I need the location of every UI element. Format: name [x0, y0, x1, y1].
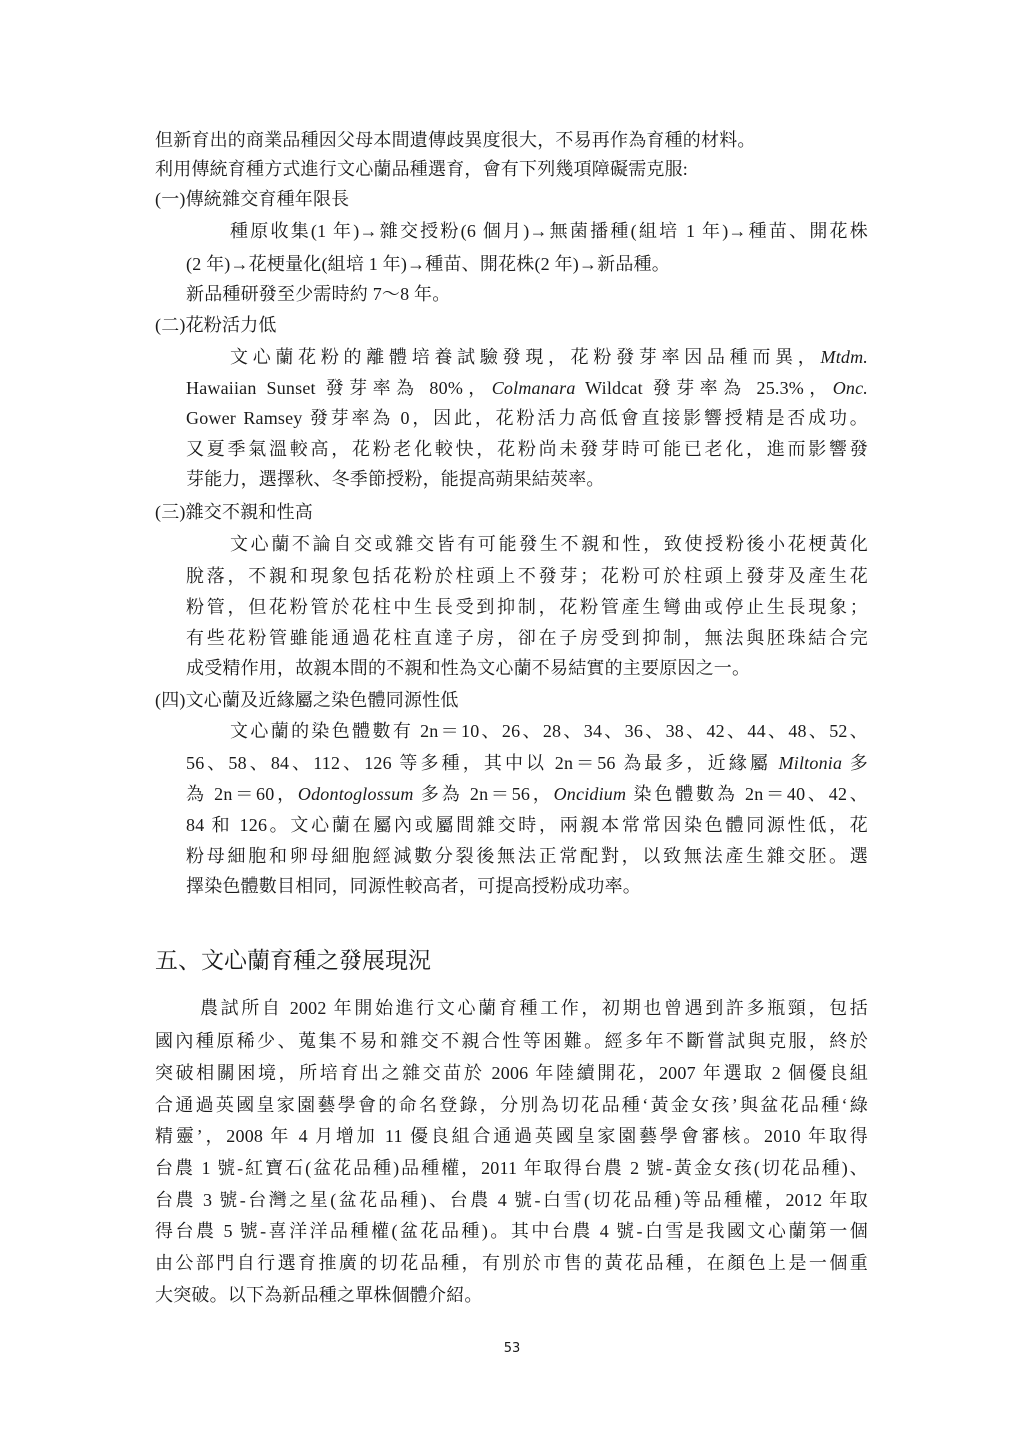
paragraph-line: 成受精作用，故親本間的不親和性為文心蘭不易結實的主要原因之一。	[186, 656, 750, 680]
paragraph-line: 得台農 5 號-喜洋洋品種權(盆花品種)。其中台農 4 號-白雪是我國文心蘭第一…	[155, 1219, 868, 1243]
paragraph-line: 84 和 126。文心蘭在屬內或屬間雜交時，兩親本常常因染色體同源性低，花	[186, 813, 868, 837]
paragraph-line: (2 年)→花梗量化(組培 1 年)→種苗、開花株(2 年)→新品種。	[186, 252, 670, 276]
page-number: 53	[0, 1341, 1024, 1356]
paragraph-line: 農試所自 2002 年開始進行文心蘭育種工作，初期也曾遇到許多瓶頸，包括	[200, 996, 868, 1020]
paragraph-line: 新品種研發至少需時約 7～8 年。	[186, 282, 450, 306]
genus-name: Oncidium	[554, 784, 627, 804]
paragraph-line: 粉管，但花粉管於花柱中生長受到抑制，花粉管產生彎曲或停止生長現象；	[186, 595, 868, 619]
species-name: Onc.	[833, 378, 868, 398]
section-title: (三)雜交不親和性高	[155, 500, 313, 524]
paragraph-line: 突破相關困境，所培育出之雜交苗於 2006 年陸續開花，2007 年選取 2 個…	[155, 1061, 868, 1085]
paragraph-line: 芽能力，選擇秋、冬季節授粉，能提高蒴果結莢率。	[186, 467, 605, 491]
genus-name: Miltonia	[779, 753, 843, 773]
paragraph-line: 台農 1 號-紅寶石(盆花品種)品種權，2011 年取得台農 2 號-黃金女孩(…	[155, 1156, 868, 1180]
paragraph-line: 大突破。以下為新品種之單株個體介紹。	[155, 1283, 483, 1307]
paragraph-line: 由公部門自行選育推廣的切花品種，有別於市售的黃花品種，在顏色上是一個重	[155, 1251, 868, 1275]
document-page: 但新育出的商業品種因父母本間遺傳歧異度很大，不易再作為育種的材料。 利用傳統育種…	[0, 0, 1024, 1448]
paragraph-line: Hawaiian Sunset 發芽率為 80%，Colmanara Wildc…	[186, 376, 868, 400]
paragraph-line: 文心蘭花粉的離體培養試驗發現，花粉發芽率因品種而異，Mtdm.	[230, 345, 868, 369]
paragraph-line: 合通過英國皇家園藝學會的命名登錄，分別為切花品種‘黃金女孩’與盆花品種‘綠	[155, 1093, 868, 1117]
paragraph-line: 種原收集(1 年)→雜交授粉(6 個月)→無菌播種(組培 1 年)→種苗、開花株	[230, 219, 868, 243]
section-title: (二)花粉活力低	[155, 313, 277, 337]
section-title: (一)傳統雜交育種年限長	[155, 187, 349, 211]
paragraph-line: 為 2n＝60，Odontoglossum 多為 2n＝56，Oncidium …	[186, 782, 868, 806]
paragraph-line: 精靈’，2008 年 4 月增加 11 優良組合通過英國皇家園藝學會審核。201…	[155, 1124, 868, 1148]
paragraph-line: 粉母細胞和卵母細胞經減數分裂後無法正常配對，以致無法產生雜交胚。選	[186, 844, 868, 868]
paragraph-line: 擇染色體數目相同，同源性較高者，可提高授粉成功率。	[186, 874, 641, 898]
genus-name: Odontoglossum	[298, 784, 414, 804]
section-heading: 五、文心蘭育種之發展現況	[155, 947, 431, 975]
intro-line: 利用傳統育種方式進行文心蘭品種選育，會有下列幾項障礙需克服:	[155, 157, 688, 181]
paragraph-line: 有些花粉管雖能通過花柱直達子房，卻在子房受到抑制，無法與胚珠結合完	[186, 626, 868, 650]
intro-line: 但新育出的商業品種因父母本間遺傳歧異度很大，不易再作為育種的材料。	[155, 128, 756, 152]
paragraph-line: 文心蘭的染色體數有 2n＝10、26、28、34、36、38、42、44、48、…	[230, 719, 868, 743]
species-name: Mtdm.	[821, 347, 869, 367]
paragraph-line: 台農 3 號-台灣之星(盆花品種)、台農 4 號-白雪(切花品種)等品種權，20…	[155, 1188, 868, 1212]
paragraph-line: 文心蘭不論自交或雜交皆有可能發生不親和性，致使授粉後小花梗黃化	[230, 532, 868, 556]
paragraph-line: Gower Ramsey 發芽率為 0，因此，花粉活力高低會直接影響授精是否成功…	[186, 406, 868, 430]
section-title: (四)文心蘭及近緣屬之染色體同源性低	[155, 688, 459, 712]
paragraph-line: 國內種原稀少、蒐集不易和雜交不親合性等困難。經多年不斷嘗試與克服，終於	[155, 1029, 868, 1053]
paragraph-line: 脫落，不親和現象包括花粉於柱頭上不發芽；花粉可於柱頭上發芽及產生花	[186, 564, 868, 588]
paragraph-line: 56、58、84、112、126 等多種，其中以 2n＝56 為最多，近緣屬 M…	[186, 751, 868, 775]
paragraph-line: 又夏季氣溫較高，花粉老化較快，花粉尚未發芽時可能已老化，進而影響發	[186, 437, 868, 461]
species-name: Colmanara	[492, 378, 576, 398]
